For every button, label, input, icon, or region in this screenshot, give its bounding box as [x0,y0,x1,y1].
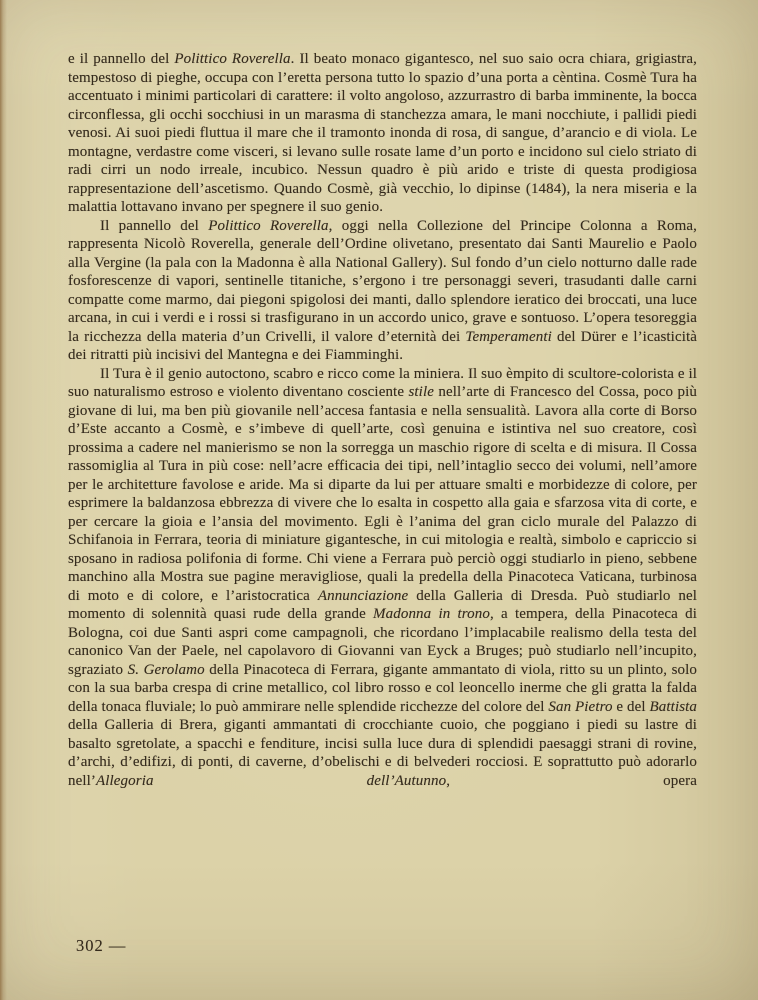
body-text: Il pannello del [100,218,208,234]
body-text: e del [613,699,650,715]
italic-title-text: S. Gerolamo [128,662,205,678]
italic-title-text: Allegoria dell’Autunno [96,773,446,789]
body-text: . Il beato monaco gigantesco, nel suo sa… [68,51,697,215]
book-page: e il pannello del Polittico Roverella. I… [0,0,758,1000]
paragraph: Il Tura è il genio autoctono, scabro e r… [68,365,697,791]
paragraph: e il pannello del Polittico Roverella. I… [68,50,697,217]
italic-title-text: Annunciazione [318,588,408,604]
page-number: 302 — [76,936,126,956]
body-text: nell’arte di Francesco del Cossa, poco p… [68,384,697,604]
italic-title-text: San Pietro [548,699,612,715]
paragraph: Il pannello del Polittico Roverella, ogg… [68,217,697,365]
italic-title-text: stile [408,384,434,400]
body-text: e il pannello del [68,51,174,67]
italic-title-text: Temperamenti [465,329,551,345]
italic-title-text: Battista [650,699,697,715]
body-text: , oggi nella Collezione del Principe Col… [68,218,697,345]
italic-title-text: Polittico Roverella [208,218,328,234]
body-text: , opera [446,773,697,789]
italic-title-text: Madonna in trono [373,606,490,622]
italic-title-text: Polittico Roverella [174,51,290,67]
text-block: e il pannello del Polittico Roverella. I… [68,50,697,790]
